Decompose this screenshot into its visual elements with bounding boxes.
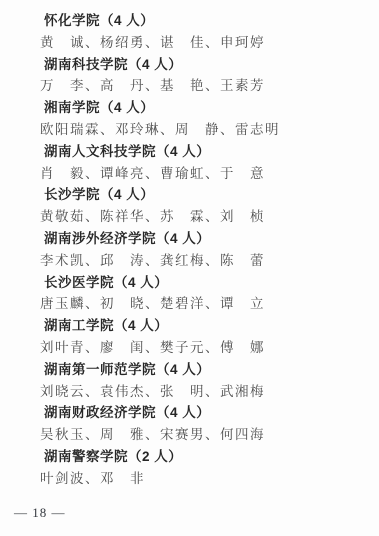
section-title: 湖南人文科技学院（4 人） (0, 141, 371, 163)
section: 湖南工学院（4 人） 刘叶青、廖 闺、樊子元、傅 娜 (0, 315, 371, 359)
page-number: — 18 — (14, 505, 66, 521)
section-title: 湖南财政经济学院（4 人） (0, 402, 371, 424)
section-title: 长沙学院（4 人） (0, 184, 371, 206)
document-page: 怀化学院（4 人） 黄 诚、杨绍勇、谌 佳、申珂婷 湖南科技学院（4 人） 万 … (0, 0, 379, 536)
section: 湘南学院（4 人） 欧阳瑞霖、邓玲琳、周 静、雷志明 (0, 97, 371, 141)
section-names: 唐玉麟、初 晓、楚碧洋、谭 立 (0, 293, 371, 315)
section: 湖南人文科技学院（4 人） 肖 毅、谭峰亮、曹瑜虹、于 意 (0, 141, 371, 185)
section-names: 刘晓云、袁伟杰、张 明、武湘梅 (0, 381, 371, 403)
section: 湖南第一师范学院（4 人） 刘晓云、袁伟杰、张 明、武湘梅 (0, 359, 371, 403)
section-names: 黄敬茹、陈祥华、苏 霖、刘 桢 (0, 206, 371, 228)
section-names: 万 李、高 丹、基 艳、王素芳 (0, 75, 371, 97)
section-title: 湘南学院（4 人） (0, 97, 371, 119)
section-title: 湖南第一师范学院（4 人） (0, 359, 371, 381)
section-names: 欧阳瑞霖、邓玲琳、周 静、雷志明 (0, 119, 371, 141)
section: 湖南涉外经济学院（4 人） 李术凯、邱 涛、龚红梅、陈 蕾 (0, 228, 371, 272)
section-names: 黄 诚、杨绍勇、谌 佳、申珂婷 (0, 32, 371, 54)
section: 长沙学院（4 人） 黄敬茹、陈祥华、苏 霖、刘 桢 (0, 184, 371, 228)
college-roster-list: 怀化学院（4 人） 黄 诚、杨绍勇、谌 佳、申珂婷 湖南科技学院（4 人） 万 … (0, 10, 371, 490)
section-names: 李术凯、邱 涛、龚红梅、陈 蕾 (0, 250, 371, 272)
section-title: 长沙医学院（4 人） (0, 272, 371, 294)
section: 湖南科技学院（4 人） 万 李、高 丹、基 艳、王素芳 (0, 54, 371, 98)
section: 湖南财政经济学院（4 人） 吴秋玉、周 雅、宋赛男、何四海 (0, 402, 371, 446)
section-names: 刘叶青、廖 闺、樊子元、傅 娜 (0, 337, 371, 359)
section-title: 湖南科技学院（4 人） (0, 54, 371, 76)
section-names: 肖 毅、谭峰亮、曹瑜虹、于 意 (0, 163, 371, 185)
section-title: 怀化学院（4 人） (0, 10, 371, 32)
section-names: 吴秋玉、周 雅、宋赛男、何四海 (0, 424, 371, 446)
section: 怀化学院（4 人） 黄 诚、杨绍勇、谌 佳、申珂婷 (0, 10, 371, 54)
section-names: 叶剑波、邓 非 (0, 468, 371, 490)
section: 湖南警察学院（2 人） 叶剑波、邓 非 (0, 446, 371, 490)
section: 长沙医学院（4 人） 唐玉麟、初 晓、楚碧洋、谭 立 (0, 272, 371, 316)
section-title: 湖南警察学院（2 人） (0, 446, 371, 468)
section-title: 湖南涉外经济学院（4 人） (0, 228, 371, 250)
section-title: 湖南工学院（4 人） (0, 315, 371, 337)
